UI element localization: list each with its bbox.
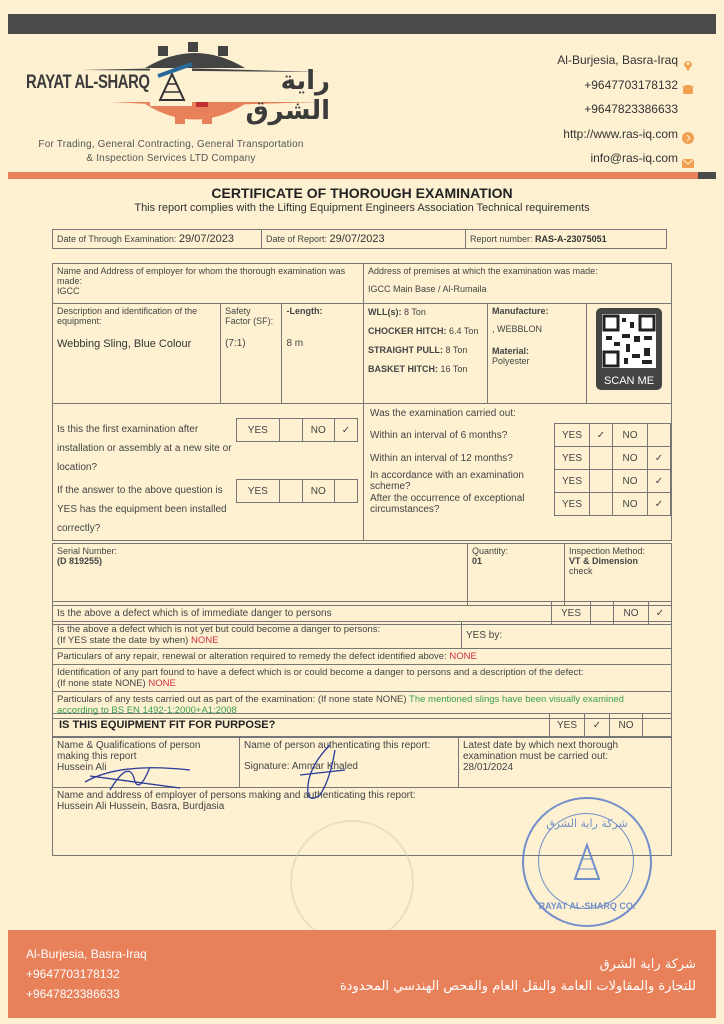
first-exam-question: Is this the first examination after inst… — [53, 418, 236, 479]
interval-question: Within an interval of 6 months? — [364, 424, 555, 447]
exam-date-cell: Date of Through Examination: 29/07/2023 — [53, 230, 262, 249]
carried-out-label: Was the examination carried out: — [364, 404, 671, 423]
header-divider — [8, 172, 698, 179]
header-bar — [8, 14, 716, 34]
fit-for-purpose-table: IS THIS EQUIPMENT FIT FOR PURPOSE? YES ✓… — [52, 713, 672, 737]
safety-factor: (7:1) — [225, 338, 277, 349]
next-exam-date: 28/01/2024 — [463, 762, 667, 773]
tagline-line-2: & Inspection Services LTD Company — [26, 152, 316, 166]
next-exam-cell: Latest date by which next thorough exami… — [459, 738, 672, 788]
company-name-ar: راية الشرق — [218, 66, 330, 126]
report-number-cell: Report number: RAS-A-23075051 — [466, 230, 667, 249]
future-danger-value: NONE — [191, 635, 218, 646]
company-stamp: شركة راية الشرق RAYAT AL-SHARQ CO. — [522, 797, 652, 927]
contact-phone-2: +9647823386633 — [557, 97, 694, 122]
header-divider-dark — [698, 172, 716, 179]
footer-arabic: شركة راية الشرق للتجارة والمقاولات العام… — [340, 954, 696, 998]
contact-address: Al-Burjesia, Basra-Iraq — [557, 48, 694, 73]
future-danger-cell: Is the above a defect which is not yet b… — [53, 622, 462, 649]
scan-me-label: SCAN ME — [596, 375, 662, 387]
identification-cell: Identification of any part found to have… — [53, 665, 672, 692]
contact-email[interactable]: info@ras-iq.com — [557, 146, 694, 171]
first-exam-answer: YES NO ✓ — [236, 418, 358, 442]
inspection-method-cell: Inspection Method: VT & Dimension check — [565, 544, 672, 606]
authenticator: Signature: Ammar Khaled — [244, 761, 454, 772]
length-cell: -Length: 8 m — [282, 304, 364, 404]
exam-date: 29/07/2023 — [179, 233, 234, 245]
length: 8 m — [286, 338, 359, 349]
premises-value: IGCC Main Base / Al-Rumaila — [368, 284, 667, 294]
premises-cell: Address of premises at which the examina… — [364, 264, 672, 304]
quantity: 01 — [472, 556, 560, 566]
manufacture-cell: Manufacture: , WEBBLON Material: Polyest… — [488, 304, 587, 404]
first-exam-no-box[interactable]: ✓ — [335, 419, 358, 442]
company-name-en: RAYAT AL-SHARQ — [26, 72, 150, 94]
footer: Al-Burjesia, Basra-Iraq +9647703178132 +… — [8, 930, 716, 1018]
footer-contact: Al-Burjesia, Basra-Iraq +9647703178132 +… — [26, 944, 147, 1004]
certificate-title: CERTIFICATE OF THOROUGH EXAMINATION — [0, 185, 724, 201]
interval-2-no-box[interactable]: ✓ — [648, 470, 671, 493]
serial-table: Serial Number: (D 819255) Quantity: 01 I… — [52, 543, 672, 606]
dates-table: Date of Through Examination: 29/07/2023 … — [52, 229, 667, 249]
wll: 8 Ton — [404, 307, 426, 317]
defects-details-table: Is the above a defect which is not yet b… — [52, 621, 672, 719]
serial-number: (D 819255) — [57, 556, 463, 566]
globe-icon — [682, 128, 694, 140]
phone-icon — [682, 79, 694, 91]
qr-cell: SCAN ME — [587, 304, 672, 404]
report-date: 29/07/2023 — [330, 233, 385, 245]
equipment-desc-cell: Description and identification of the eq… — [53, 304, 221, 404]
employer-value: IGCC — [57, 286, 359, 296]
authenticator-cell: Name of person authenticating this repor… — [240, 738, 459, 788]
qr-code-icon — [602, 314, 656, 368]
installed-answer: YES NO — [236, 479, 358, 503]
certificate-subtitle: This report complies with the Lifting Eq… — [0, 202, 724, 214]
examination-table: Name and Address of employer for whom th… — [52, 263, 672, 541]
interval-question: After the occurrence of exceptional circ… — [364, 493, 555, 516]
interval-1-yes-box[interactable] — [590, 447, 613, 470]
intervals-table: Within an interval of 6 months?YES✓NO Wi… — [364, 423, 671, 516]
tagline-line-1: For Trading, General Contracting, Genera… — [26, 138, 316, 152]
derrick-icon — [567, 841, 607, 881]
report-date-cell: Date of Report: 29/07/2023 — [262, 230, 466, 249]
equipment-desc: Webbing Sling, Blue Colour — [57, 338, 216, 350]
fit-yes-box[interactable]: ✓ — [585, 714, 610, 737]
straight-pull: 8 Ton — [446, 345, 468, 355]
safety-factor-cell: Safety Factor (SF): (7:1) — [221, 304, 282, 404]
first-exam-yes-box[interactable] — [279, 419, 302, 442]
choker-hitch: 6.4 Ton — [449, 326, 478, 336]
quantity-cell: Quantity: 01 — [468, 544, 565, 606]
repair-value: NONE — [449, 651, 476, 662]
interval-3-no-box[interactable]: ✓ — [648, 493, 671, 516]
interval-2-yes-box[interactable] — [590, 470, 613, 493]
inspection-method: VT & Dimension — [569, 556, 667, 566]
yes-by-cell: YES by: — [462, 622, 672, 649]
contact-website[interactable]: http://www.ras-iq.com — [557, 122, 694, 147]
installed-yes-box[interactable] — [279, 480, 302, 503]
installed-question: If the answer to the above question is Y… — [53, 479, 236, 540]
employer-cell: Name and Address of employer for whom th… — [53, 264, 364, 304]
interval-question: In accordance with an examination scheme… — [364, 470, 555, 493]
installed-no-box[interactable] — [335, 480, 358, 503]
mail-icon — [682, 153, 694, 165]
qr-code[interactable]: SCAN ME — [596, 308, 662, 390]
material: Polyester — [492, 356, 582, 366]
contact-phone-1: +9647703178132 — [557, 73, 694, 98]
manufacture: , WEBBLON — [492, 324, 582, 334]
company-logo: RAYAT AL-SHARQ راية الشرق — [20, 40, 330, 130]
report-number: RAS-A-23075051 — [535, 234, 607, 244]
company-tagline: For Trading, General Contracting, Genera… — [26, 138, 316, 166]
interval-0-no-box[interactable] — [648, 424, 671, 447]
interval-0-yes-box[interactable]: ✓ — [590, 424, 613, 447]
contact-info: Al-Burjesia, Basra-Iraq +9647703178132 +… — [557, 48, 694, 171]
identification-value: NONE — [148, 678, 175, 689]
location-icon — [682, 55, 694, 67]
interval-1-no-box[interactable]: ✓ — [648, 447, 671, 470]
serial-cell: Serial Number: (D 819255) — [53, 544, 468, 606]
fit-no-box[interactable] — [643, 714, 672, 737]
wll-cell: WLL(s): 8 Ton CHOCKER HITCH: 6.4 Ton STR… — [364, 304, 488, 404]
intervals-section: Was the examination carried out: Within … — [364, 404, 672, 541]
fit-for-purpose-question: IS THIS EQUIPMENT FIT FOR PURPOSE? — [53, 714, 550, 737]
repair-cell: Particulars of any repair, renewal or al… — [53, 649, 672, 665]
report-maker: Hussein Ali — [57, 762, 235, 773]
interval-3-yes-box[interactable] — [590, 493, 613, 516]
interval-question: Within an interval of 12 months? — [364, 447, 555, 470]
embossed-seal — [290, 820, 414, 944]
first-exam-section: Is this the first examination after inst… — [53, 404, 364, 541]
report-maker-cell: Name & Qualifications of person making t… — [53, 738, 240, 788]
basket-hitch: 16 Ton — [441, 364, 468, 374]
